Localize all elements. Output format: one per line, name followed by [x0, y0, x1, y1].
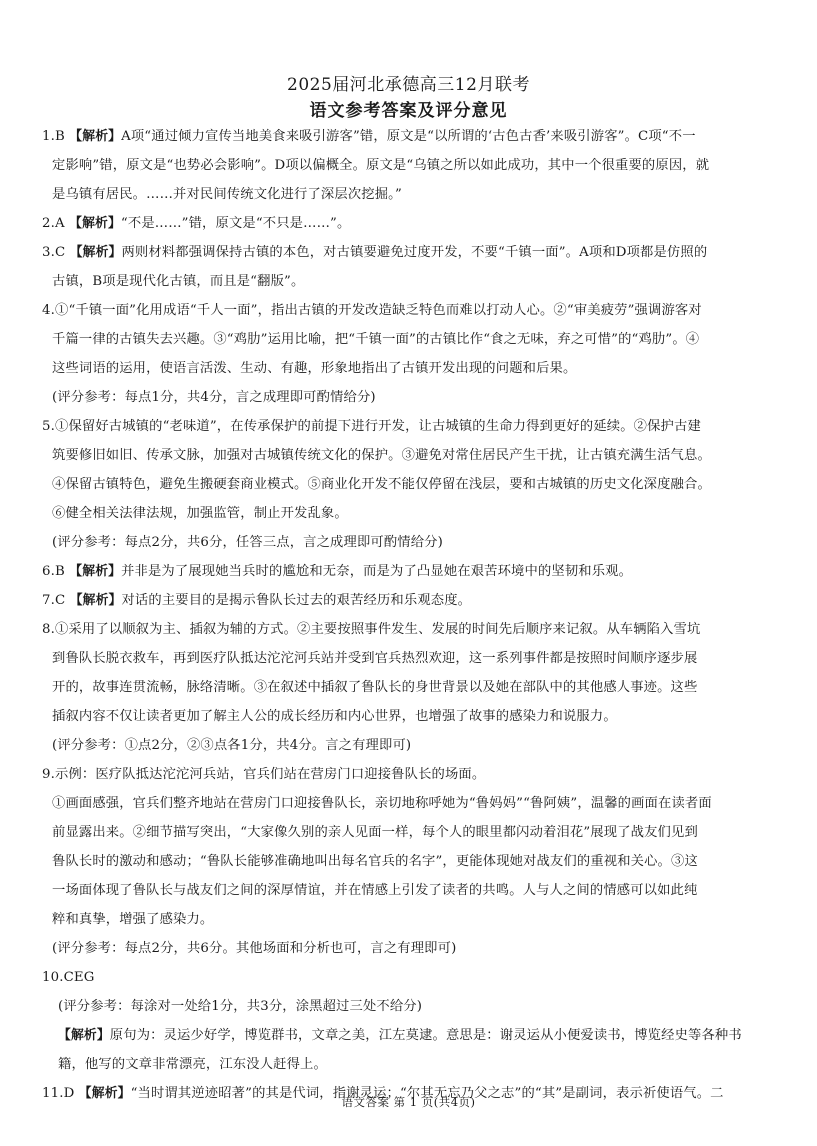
answer-line: 是乌镇有居民。……并对民间传统文化进行了深层次挖掘。” [52, 185, 402, 205]
analysis-tag: 【解析】 [69, 564, 121, 579]
answer-line: 1.B 【解析】A项“通过倾力宣传当地美食来吸引游客”错，原文是“以所谓的‘古色… [42, 127, 696, 147]
answer-line: 前显露出来。②细节描写突出，“大家像久别的亲人见面一样，每个人的眼里都闪动着泪花… [52, 823, 698, 843]
answer-line: 一场面体现了鲁队长与战友们之间的深厚情谊，并在情感上引发了读者的共鸣。人与人之间… [52, 881, 697, 901]
answer-line: 定影响”错，原文是“也势必会影响”。D项以偏概全。原文是“乌镇之所以如此成功，其… [52, 156, 709, 176]
answer-text: (评分参考：每涂对一处给1分，共3分，涂黑超过三处不给分) [58, 999, 422, 1014]
answer-number: 6.B [42, 564, 69, 579]
answer-line: 8.①采用了以顺叙为主、插叙为辅的方式。②主要按照事件发生、发展的时间先后顺序来… [42, 620, 700, 640]
answer-text: 原句为：灵运少好学，博览群书，文章之美，江左莫逮。意思是：谢灵运从小便爱读书，博… [110, 1028, 742, 1043]
answer-text: 籍，他写的文章非常漂亮，江东没人赶得上。 [58, 1057, 327, 1072]
answer-text: (评分参考：①点2分，②③点各1分，共4分。言之有理即可) [52, 738, 411, 753]
answer-text: A项“通过倾力宣传当地美食来吸引游客”错，原文是“以所谓的‘古色古香’来吸引游客… [121, 129, 696, 144]
answer-line: 【解析】原句为：灵运少好学，博览群书，文章之美，江左莫逮。意思是：谢灵运从小便爱… [58, 1026, 742, 1046]
answer-line: ①画面感强，官兵们整齐地站在营房门口迎接鲁队长，亲切地称呼她为“鲁妈妈”“鲁阿姨… [52, 794, 712, 814]
answer-text: (评分参考：每点2分，共6分。其他场面和分析也可，言之有理即可) [52, 941, 456, 956]
answer-text: 到鲁队长脱衣救车，再到医疗队抵达沱沱河兵站并受到官兵热烈欢迎，这一系列事件都是按… [52, 651, 697, 666]
answer-number: 7.C [42, 593, 70, 608]
answer-line: 10.CEG [42, 968, 95, 988]
answer-line: ④保留古镇特色，避免生搬硬套商业模式。⑤商业化开发不能仅停留在浅层，要和古城镇的… [52, 475, 711, 495]
answer-text: 这些词语的运用，使语言活泼、生动、有趣，形象地指出了古镇开发出现的问题和后果。 [52, 361, 576, 376]
answer-line: 2.A 【解析】“不是……”错，原文是“不只是……”。 [42, 214, 350, 234]
analysis-tag: 【解析】 [69, 129, 121, 144]
answer-text: 古镇，B项是现代化古镇，而且是“翻版”。 [52, 274, 304, 289]
answer-line: 9.示例：医疗队抵达沱沱河兵站，官兵们站在营房门口迎接鲁队长的场面。 [42, 765, 485, 785]
analysis-tag: 【解析】 [70, 245, 122, 260]
answer-line: (评分参考：每点2分，共6分，任答三点，言之成理即可酌情给分) [52, 533, 443, 553]
answer-number: 9. [42, 767, 55, 782]
answer-line: 鲁队长时的激动和感动；“鲁队长能够准确地叫出每名官兵的名字”，更能体现她对战友们… [52, 852, 698, 872]
answer-text: 粹和真挚，增强了感染力。 [52, 912, 213, 927]
answer-text: 示例：医疗队抵达沱沱河兵站，官兵们站在营房门口迎接鲁队长的场面。 [55, 767, 485, 782]
answer-line: 古镇，B项是现代化古镇，而且是“翻版”。 [52, 272, 304, 292]
answer-text: 筑要修旧如旧、传承文脉，加强对古城镇传统文化的保护。③避免对常住居民产生干扰，让… [52, 448, 711, 463]
answer-line: 到鲁队长脱衣救车，再到医疗队抵达沱沱河兵站并受到官兵热烈欢迎，这一系列事件都是按… [52, 649, 697, 669]
answer-line: 筑要修旧如旧、传承文脉，加强对古城镇传统文化的保护。③避免对常住居民产生干扰，让… [52, 446, 711, 466]
answer-number: 3.C [42, 245, 70, 260]
answer-line: 这些词语的运用，使语言活泼、生动、有趣，形象地指出了古镇开发出现的问题和后果。 [52, 359, 576, 379]
answer-text: 一场面体现了鲁队长与战友们之间的深厚情谊，并在情感上引发了读者的共鸣。人与人之间… [52, 883, 697, 898]
answer-line: 粹和真挚，增强了感染力。 [52, 910, 213, 930]
answer-text: ④保留古镇特色，避免生搬硬套商业模式。⑤商业化开发不能仅停留在浅层，要和古城镇的… [52, 477, 711, 492]
answer-line: 6.B 【解析】并非是为了展现她当兵时的尴尬和无奈，而是为了凸显她在艰苦环境中的… [42, 562, 632, 582]
analysis-tag: 【解析】 [70, 593, 122, 608]
answer-text: ①“千镇一面”化用成语“千人一面”，指出古镇的开发改造缺乏特色而难以打动人心。②… [55, 303, 702, 318]
answer-text: 鲁队长时的激动和感动；“鲁队长能够准确地叫出每名官兵的名字”，更能体现她对战友们… [52, 854, 698, 869]
answer-number: 5. [42, 419, 55, 434]
answer-line: 开的，故事连贯流畅，脉络清晰。③在叙述中插叙了鲁队长的身世背景以及她在部队中的其… [52, 678, 697, 698]
answer-text: CEG [64, 970, 95, 985]
answer-text: 是乌镇有居民。……并对民间传统文化进行了深层次挖掘。” [52, 187, 402, 202]
answer-text: ①画面感强，官兵们整齐地站在营房门口迎接鲁队长，亲切地称呼她为“鲁妈妈”“鲁阿姨… [52, 796, 712, 811]
answer-text: 开的，故事连贯流畅，脉络清晰。③在叙述中插叙了鲁队长的身世背景以及她在部队中的其… [52, 680, 697, 695]
answer-line: 千篇一律的古镇失去兴趣。③“鸡肋”运用比喻，把“千镇一面”的古镇比作“食之无味，… [52, 330, 699, 350]
answer-number: 1.B [42, 129, 69, 144]
answer-text: ①采用了以顺叙为主、插叙为辅的方式。②主要按照事件发生、发展的时间先后顺序来记叙… [55, 622, 700, 637]
answer-text: ①保留好古城镇的“老味道”，在传承保护的前提下进行开发，让古城镇的生命力得到更好… [55, 419, 701, 434]
answer-line: (评分参考：每点2分，共6分。其他场面和分析也可，言之有理即可) [52, 939, 456, 959]
analysis-tag: 【解析】 [58, 1028, 110, 1043]
answer-line: 4.①“千镇一面”化用成语“千人一面”，指出古镇的开发改造缺乏特色而难以打动人心… [42, 301, 702, 321]
answer-line: 籍，他写的文章非常漂亮，江东没人赶得上。 [58, 1055, 327, 1075]
page-subtitle: 语文参考答案及评分意见 [0, 96, 817, 121]
answer-text: 并非是为了展现她当兵时的尴尬和无奈，而是为了凸显她在艰苦环境中的坚韧和乐观。 [121, 564, 632, 579]
answer-line: (评分参考：每点1分，共4分，言之成理即可酌情给分) [52, 388, 376, 408]
answer-line: 7.C 【解析】对话的主要目的是揭示鲁队长过去的艰苦经历和乐观态度。 [42, 591, 471, 611]
answer-line: ⑥健全相关法律法规，加强监管，制止开发乱象。 [52, 504, 348, 524]
answer-text: (评分参考：每点2分，共6分，任答三点，言之成理即可酌情给分) [52, 535, 443, 550]
answer-text: 插叙内容不仅让读者更加了解主人公的成长经历和内心世界，也增强了故事的感染力和说服… [52, 709, 617, 724]
page-footer: 语文答案 第 1 页(共4页) [0, 1094, 817, 1110]
answer-line: 3.C 【解析】两则材料都强调保持古镇的本色，对古镇要避免过度开发，不要“千镇一… [42, 243, 707, 263]
answer-number: 10. [42, 970, 64, 985]
answer-line: 5.①保留好古城镇的“老味道”，在传承保护的前提下进行开发，让古城镇的生命力得到… [42, 417, 701, 437]
answer-line: (评分参考：①点2分，②③点各1分，共4分。言之有理即可) [52, 736, 411, 756]
answer-number: 4. [42, 303, 55, 318]
answer-text: ⑥健全相关法律法规，加强监管，制止开发乱象。 [52, 506, 348, 521]
answer-text: 定影响”错，原文是“也势必会影响”。D项以偏概全。原文是“乌镇之所以如此成功，其… [52, 158, 709, 173]
answer-text: “不是……”错，原文是“不只是……”。 [121, 216, 351, 231]
page-title: 2025届河北承德高三12月联考 [0, 70, 817, 95]
answer-text: 两则材料都强调保持古镇的本色，对古镇要避免过度开发，不要“千镇一面”。A项和D项… [121, 245, 707, 260]
answer-text: 对话的主要目的是揭示鲁队长过去的艰苦经历和乐观态度。 [121, 593, 471, 608]
answer-line: 插叙内容不仅让读者更加了解主人公的成长经历和内心世界，也增强了故事的感染力和说服… [52, 707, 617, 727]
answer-number: 8. [42, 622, 55, 637]
answer-text: 前显露出来。②细节描写突出，“大家像久别的亲人见面一样，每个人的眼里都闪动着泪花… [52, 825, 698, 840]
answer-line: (评分参考：每涂对一处给1分，共3分，涂黑超过三处不给分) [58, 997, 422, 1017]
answer-text: 千篇一律的古镇失去兴趣。③“鸡肋”运用比喻，把“千镇一面”的古镇比作“食之无味，… [52, 332, 699, 347]
answer-number: 2.A [42, 216, 69, 231]
answer-text: (评分参考：每点1分，共4分，言之成理即可酌情给分) [52, 390, 376, 405]
analysis-tag: 【解析】 [69, 216, 121, 231]
